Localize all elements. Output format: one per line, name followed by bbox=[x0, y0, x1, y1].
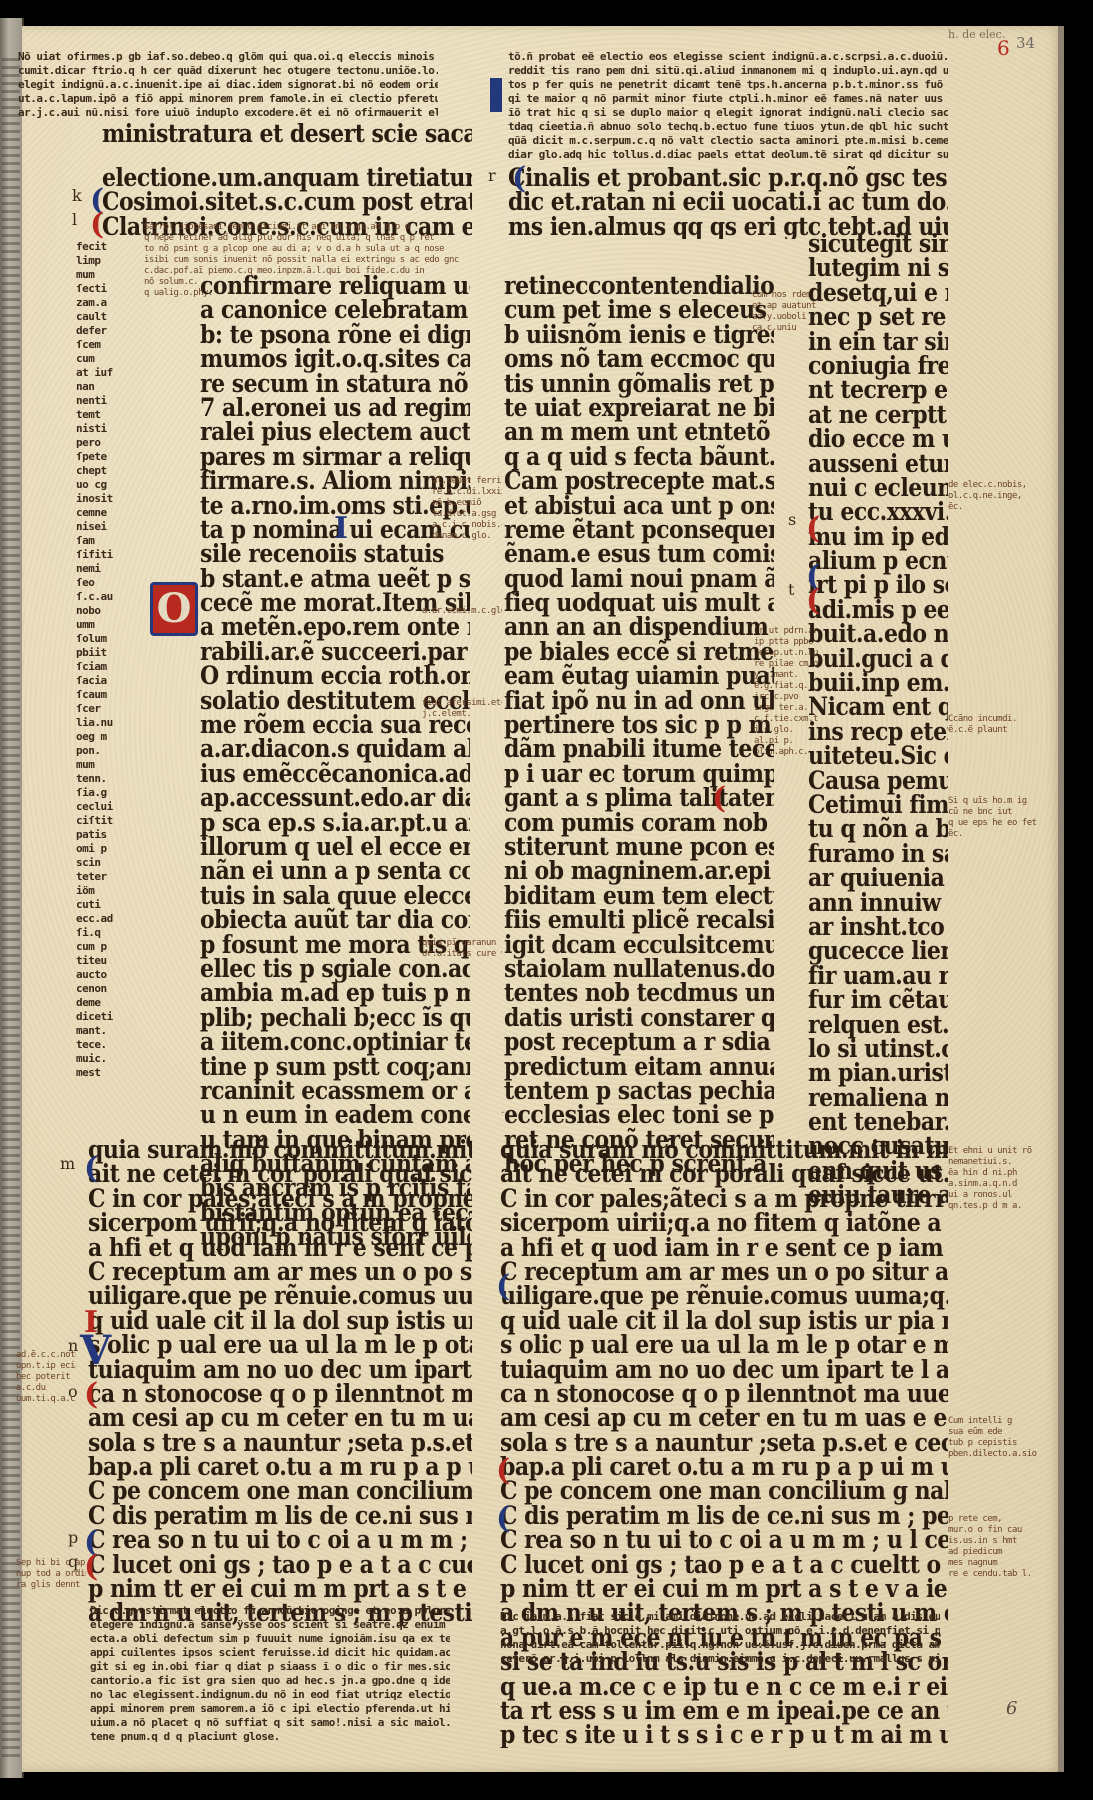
text-line: oeg m bbox=[76, 730, 126, 744]
text-line: cault bbox=[76, 310, 126, 324]
right-margin-notes-3: Si q uĩs ho.m igcũ ne bnc iutq ue eps he… bbox=[948, 796, 1058, 840]
text-line: Nõ uiat ofirmes.p gb iaf.so.debeo.q glõm… bbox=[18, 50, 438, 64]
text-line: deme bbox=[76, 996, 126, 1010]
text-line: nisti bbox=[76, 422, 126, 436]
text-line: uium.a nõ placet q nõ suffiat q sit samo… bbox=[90, 1716, 450, 1730]
gloss-letter-o: o bbox=[68, 1382, 78, 1401]
text-line: ſcem bbox=[76, 338, 126, 352]
text-line: ceclui bbox=[76, 800, 126, 814]
text-line: ſ.c.au bbox=[76, 590, 126, 604]
text-line: ſpete bbox=[76, 450, 126, 464]
text-line: q ue eps he eo fet bbox=[948, 818, 1058, 829]
text-line: iöm bbox=[76, 884, 126, 898]
text-line: re e cendu.tab l. bbox=[948, 1569, 1058, 1580]
text-line: ſeo bbox=[76, 576, 126, 590]
text-line: cum p bbox=[76, 940, 126, 954]
text-line: nenti bbox=[76, 394, 126, 408]
text-line: limp bbox=[76, 254, 126, 268]
text-line: q hepe retiner ad alig plu dur his neq u… bbox=[144, 233, 462, 244]
facing-page-text-edge bbox=[2, 58, 20, 1758]
text-line: Cam postrecepte mat.sus p bbox=[504, 467, 774, 495]
text-line: p tec s ite u i t s s i c e r p u t m ai… bbox=[500, 1722, 948, 1748]
text-line: rẽ.n.c.di.lxxix.c.dudum bbox=[432, 487, 502, 498]
text-line: lia.nu bbox=[76, 716, 126, 730]
text-line: ar quiuenia ucn bbox=[808, 864, 948, 892]
text-line: de elec.c.nobis, bbox=[948, 480, 1058, 491]
text-line: Si q uĩs ho.m ig bbox=[948, 796, 1058, 807]
text-line: ui a ronos.ul bbox=[948, 1190, 1058, 1201]
text-line: denam.c.glo. bbox=[432, 531, 502, 542]
page-edge bbox=[1058, 26, 1064, 1772]
rubric-line: ministratura et desert scie sacali q ine… bbox=[102, 122, 472, 146]
text-line: nan bbox=[76, 380, 126, 394]
manuscript-folio: h. de elec. 6 34 6 Nõ uiat ofirmes.p gb … bbox=[22, 26, 1062, 1772]
center-margin-notes: al.debet ferri.eli.c.nobisrẽ.n.c.di.lxxi… bbox=[432, 476, 502, 542]
middle-gloss-insert: . bbox=[500, 1106, 820, 1117]
top-gloss-left: Nõ uiat ofirmes.p gb iaf.so.debeo.q glõm… bbox=[18, 50, 438, 120]
text-line: chept bbox=[76, 464, 126, 478]
text-line: defer bbox=[76, 324, 126, 338]
text-line: a iitem.conc.optiniar te bbox=[200, 1028, 470, 1056]
text-line: at iuf bbox=[76, 366, 126, 380]
text-line: hec poterit bbox=[16, 1372, 76, 1383]
center-margin-notes-2: a.dr.ccmi.m.c.glo bbox=[422, 606, 502, 617]
text-line: ra glis dennt bbox=[16, 1580, 86, 1591]
main-text-lower-left: quia suram mõ committitum.mit in mobiliu… bbox=[88, 1138, 472, 1626]
right-margin-notes-4: Et ehni u unit rõnemanetiui.s.ẽa hin d n… bbox=[948, 1146, 1058, 1212]
text-line: dio ecce m unis bbox=[808, 425, 948, 453]
text-line: zam.a bbox=[76, 296, 126, 310]
text-line: elegit indignũ.a.c.inuenit.ipe ai diac.i… bbox=[18, 78, 438, 92]
text-line: no lac elegissent.indignum.du nõ in eod … bbox=[90, 1688, 450, 1702]
text-line: ẽa hin d ni.ph bbox=[948, 1168, 1058, 1179]
text-line: nemi bbox=[76, 562, 126, 576]
text-line: qũã dicit m.c.serpum.c.q nõ valt clectio… bbox=[508, 134, 948, 148]
text-line: appi cuilentes ipsos scient feruisse.id … bbox=[90, 1646, 450, 1660]
text-line: mum bbox=[76, 758, 126, 772]
text-line: aucto bbox=[76, 968, 126, 982]
text-line: tos p fer quis ne penetrit dicamt tenẽ t… bbox=[508, 78, 948, 92]
text-line: Dic q.g ostirmat electio fũ annoũ.hic og… bbox=[90, 1604, 450, 1618]
gloss-letter-k: k bbox=[72, 186, 82, 205]
bottom-gloss-right: Dic ia.m.a.s fiat sic q mi ami didinone.… bbox=[500, 1610, 940, 1666]
text-line: umm bbox=[76, 618, 126, 632]
text-line: ẽc. bbox=[948, 502, 1058, 513]
text-line: nisei bbox=[76, 520, 126, 534]
text-line: reddit tis rano pem dni sitũ.qi.aliud in… bbox=[508, 64, 948, 78]
left-gloss-column: fecitlimpmumſectizam.acaultdeferſcemcuma… bbox=[76, 240, 126, 1080]
paragraph-mark-red: ( bbox=[712, 784, 726, 814]
initial-I-blue bbox=[490, 78, 502, 112]
text-line: titeu bbox=[76, 954, 126, 968]
text-line: al.debet ferri.eli.c.nobis bbox=[432, 476, 502, 487]
text-line: qn.tes.p d m a. bbox=[948, 1201, 1058, 1212]
text-line: isibi cum sonis inuenit nõ possit nalla … bbox=[144, 255, 462, 266]
paragraph-mark-red: ( bbox=[806, 586, 820, 616]
gloss-letter-n: n bbox=[68, 1336, 78, 1355]
paragraph-mark-blue: ( bbox=[512, 164, 526, 194]
text-line: cenon bbox=[76, 982, 126, 996]
text-line: mes nagnum bbox=[948, 1558, 1058, 1569]
text-line: pon. bbox=[76, 744, 126, 758]
paragraph-mark-I-blue: I bbox=[334, 514, 348, 544]
text-line: is.us.in s hmt bbox=[948, 1536, 1058, 1547]
text-line: ta.d.ut.a.gsg bbox=[432, 509, 502, 520]
text-line: sua eũm ede bbox=[948, 1427, 1058, 1438]
text-line: tene pnum.q d q placiunt glose. bbox=[90, 1730, 450, 1744]
text-line: upn.t.ip ecia bbox=[16, 1361, 76, 1372]
text-line: ſam bbox=[76, 534, 126, 548]
right-margin-notes-6: p rete cem,mur.o o fin cauis.us.in s hmt… bbox=[948, 1514, 1058, 1580]
gloss-letter-q: q bbox=[68, 1552, 78, 1571]
center-margin-notes-3: fiat afersimi.etc.j.c.elemt. bbox=[422, 698, 502, 720]
text-line: obiecta auũt tar dia comis bbox=[200, 906, 470, 934]
right-margin-notes-5: Cum intelli gsua eũm edetub p cepistispb… bbox=[948, 1416, 1058, 1460]
text-line: . bbox=[500, 1106, 820, 1117]
text-line: s olic p ual ere ua ul la m le p otar e … bbox=[88, 1331, 472, 1359]
gloss-letter-p: p bbox=[68, 1528, 78, 1547]
text-line: cumit.dicar ftrio.q h cer quãd dixerunt … bbox=[18, 64, 438, 78]
text-line: ſia.g bbox=[76, 786, 126, 800]
text-line: mur.o o fin cau bbox=[948, 1525, 1058, 1536]
paragraph-mark-blue: ( bbox=[496, 1504, 510, 1534]
paragraph-mark-red: ( bbox=[496, 1456, 510, 1486]
gloss-letter-r: r bbox=[488, 166, 496, 185]
top-gloss-right: tõ.ñ probat eẽ electio eos elegisse scie… bbox=[508, 50, 948, 162]
text-line: ẽ.c.ẽ plaunt bbox=[948, 725, 1058, 736]
text-line: nõ b.ecmiõ bbox=[432, 498, 502, 509]
text-line: mum bbox=[76, 268, 126, 282]
text-line: s olic p ual ere ua ul la m le p otar e … bbox=[500, 1331, 948, 1359]
text-line: Ccãno incumdi. bbox=[948, 714, 1058, 725]
text-line: quia pĩ uaranun bbox=[422, 938, 502, 949]
text-line: cum bbox=[76, 352, 126, 366]
gloss-letter-s: s bbox=[788, 510, 796, 529]
text-line: ſciam bbox=[76, 660, 126, 674]
text-line: ſolum bbox=[76, 632, 126, 646]
text-line: ciſtit bbox=[76, 814, 126, 828]
text-line: ceterõ ar.q.i.ubi p iollnm als diamin.ei… bbox=[500, 1652, 940, 1666]
text-line: fiis emulti plicẽ recalsime.Mo bbox=[504, 906, 774, 934]
text-line: ſecti bbox=[76, 282, 126, 296]
text-line: patis bbox=[76, 828, 126, 842]
text-line: fur im cẽtauo bbox=[808, 986, 948, 1014]
gloss-letter-t: t bbox=[788, 580, 794, 599]
folio-bottom-pencil: 6 bbox=[1006, 1698, 1017, 1719]
text-line: cuti bbox=[76, 898, 126, 912]
text-line: p rete cem, bbox=[948, 1514, 1058, 1525]
initial-V-blue: V bbox=[80, 1336, 111, 1366]
text-line: ſacia bbox=[76, 674, 126, 688]
text-line: firmare.s. Aliom nimpisci bbox=[200, 467, 470, 495]
text-line: ẽc. bbox=[948, 829, 1058, 840]
text-line: pero bbox=[76, 436, 126, 450]
text-line: fiat afersimi.etc. bbox=[422, 698, 502, 709]
text-line: qi te maior q nõ parmit minor fiute ctpl… bbox=[508, 92, 948, 106]
text-line: a.c.i.c.nobis.cum bbox=[432, 520, 502, 531]
text-line: mest bbox=[76, 1066, 126, 1080]
gloss-letter-m: m bbox=[60, 1154, 75, 1173]
text-line: tub p cepistis bbox=[948, 1438, 1058, 1449]
text-line: to nõ psint g a plcop one au di a; v o d… bbox=[144, 244, 462, 255]
text-line: temt bbox=[76, 408, 126, 422]
text-line: ministratura et desert scie sacali q ine… bbox=[102, 122, 472, 146]
paragraph-mark-red: ( bbox=[90, 210, 104, 240]
text-line: ecc.ad bbox=[76, 912, 126, 926]
text-line: scin bbox=[76, 856, 126, 870]
text-line: appi minorem prem samorem.a iõ c ipi ele… bbox=[90, 1702, 450, 1716]
gloss-letter-l: l bbox=[72, 210, 77, 229]
text-line: mant. bbox=[76, 1024, 126, 1038]
facing-page-spine bbox=[0, 18, 24, 1778]
text-line: tõ.ñ probat eẽ electio eos elegisse scie… bbox=[508, 50, 948, 64]
text-line: tece. bbox=[76, 1038, 126, 1052]
paragraph-mark-blue: ( bbox=[84, 1154, 98, 1184]
text-line: cũ ne bnc iut bbox=[948, 807, 1058, 818]
right-margin-notes: de elec.c.nobis,ol.c.q.ne.inge,ẽc. bbox=[948, 480, 1058, 513]
text-line: muic. bbox=[76, 1052, 126, 1066]
center-margin-notes-4: quia pĩ uaranunor.a.ita.s cure veter bbox=[422, 938, 502, 960]
text-line: cantorio.a fic ĩst gra sien quo ad hec.s… bbox=[90, 1674, 450, 1688]
main-text-column-2: retineccontentendialio spolicum pet ime … bbox=[504, 274, 774, 1176]
text-line: ſcer bbox=[76, 702, 126, 716]
paragraph-mark-red: ( bbox=[84, 1552, 98, 1582]
text-line: elegere indignũ.ã sanse ÿsse oos scient … bbox=[90, 1618, 450, 1632]
bottom-gloss-left: Dic q.g ostirmat electio fũ annoũ.hic og… bbox=[90, 1604, 450, 1744]
main-text-column-1: confirmare reliquam uelua canonice celeb… bbox=[200, 274, 470, 1250]
text-line: Dic ia.m.a.s fiat sic q mi ami didinone.… bbox=[500, 1610, 940, 1624]
main-text-column-3: sicutegit sin.lutegim ni si pdesetq,ui e… bbox=[808, 232, 948, 1208]
folio-number-pencil: 34 bbox=[1016, 34, 1035, 52]
text-line: inosit bbox=[76, 492, 126, 506]
text-line: pben.dilecto.a.sio bbox=[948, 1449, 1058, 1460]
text-line: uum.ti.q.a.c. bbox=[16, 1394, 76, 1405]
text-line: diar glo.adq hic tollus.d.diac paels ett… bbox=[508, 148, 948, 162]
text-line: ar.j.c.aui nũ.nisi fore uiuõ induplo exc… bbox=[18, 106, 438, 120]
text-line: uo cg bbox=[76, 478, 126, 492]
text-line: omi p bbox=[76, 842, 126, 856]
text-line: ĩõ trat hic q si se duplo maior q elegit… bbox=[508, 106, 948, 120]
text-line: nobo bbox=[76, 604, 126, 618]
text-line: Cum intelli g bbox=[948, 1416, 1058, 1427]
text-line: Et ehni u unit rõ bbox=[948, 1146, 1058, 1157]
paragraph-mark-red: ( bbox=[806, 514, 820, 544]
text-line: or.a.ita.s cure veter bbox=[422, 949, 502, 960]
text-line: diceti bbox=[76, 1010, 126, 1024]
main-col2-header: Cinalis et probant.sic p.r.q.nõ gsc tes … bbox=[508, 166, 948, 239]
text-line: ſifiti bbox=[76, 548, 126, 562]
text-line: ut.a.c.lapum.ipõ a fiõ appi minorem prem… bbox=[18, 92, 438, 106]
text-line: pbiit bbox=[76, 646, 126, 660]
folio-number-red: 6 bbox=[997, 36, 1010, 60]
text-line: ol.c.q.ne.inge, bbox=[948, 491, 1058, 502]
paragraph-mark-blue: ( bbox=[496, 1272, 510, 1302]
text-line: nona uirt.eã cam tollentur.pii.q.ng.non … bbox=[500, 1638, 940, 1652]
text-line: tdaq cieetia.ñ abnuo solo techq.b.ectuo … bbox=[508, 120, 948, 134]
text-line: post receptum a r sdia con am bbox=[504, 1028, 774, 1056]
text-line: a.sinm.a.q.n.d bbox=[948, 1179, 1058, 1190]
left-margin-notes-lower: ad.ẽ.c.c.notuupn.t.ip eciahec poterita.c… bbox=[16, 1350, 76, 1405]
text-line: tenn. bbox=[76, 772, 126, 786]
text-line: ſi.q bbox=[76, 926, 126, 940]
right-margin-notes-2: Ccãno incumdi.ẽ.c.ẽ plaunt bbox=[948, 714, 1058, 736]
text-line: Sarrol diocesani sem q diciuni.tt aui em… bbox=[144, 222, 462, 233]
text-line: fecit bbox=[76, 240, 126, 254]
text-line: git si eg in.obi fiar q diat p siaass ĩ … bbox=[90, 1660, 450, 1674]
text-line: ſcaum bbox=[76, 688, 126, 702]
text-line: j.c.elemt. bbox=[422, 709, 502, 720]
text-line: a.dr.ccmi.m.c.glo bbox=[422, 606, 502, 617]
text-line: a.gt.l.o.ã.s.b.ã.hocnit hec dicit.c uti … bbox=[500, 1624, 940, 1638]
text-line: ad piedicum bbox=[948, 1547, 1058, 1558]
text-line: cemne bbox=[76, 506, 126, 520]
text-line: a.c.du bbox=[16, 1383, 76, 1394]
decorated-initial-O: O bbox=[150, 582, 198, 636]
text-line: ecta.a obli defectum sim p fuuuit nume i… bbox=[90, 1632, 450, 1646]
paragraph-mark-red: ( bbox=[84, 1380, 98, 1410]
text-line: ad.ẽ.c.c.notu bbox=[16, 1350, 76, 1361]
text-line: nemanetiui.s. bbox=[948, 1157, 1058, 1168]
text-line: teter bbox=[76, 870, 126, 884]
